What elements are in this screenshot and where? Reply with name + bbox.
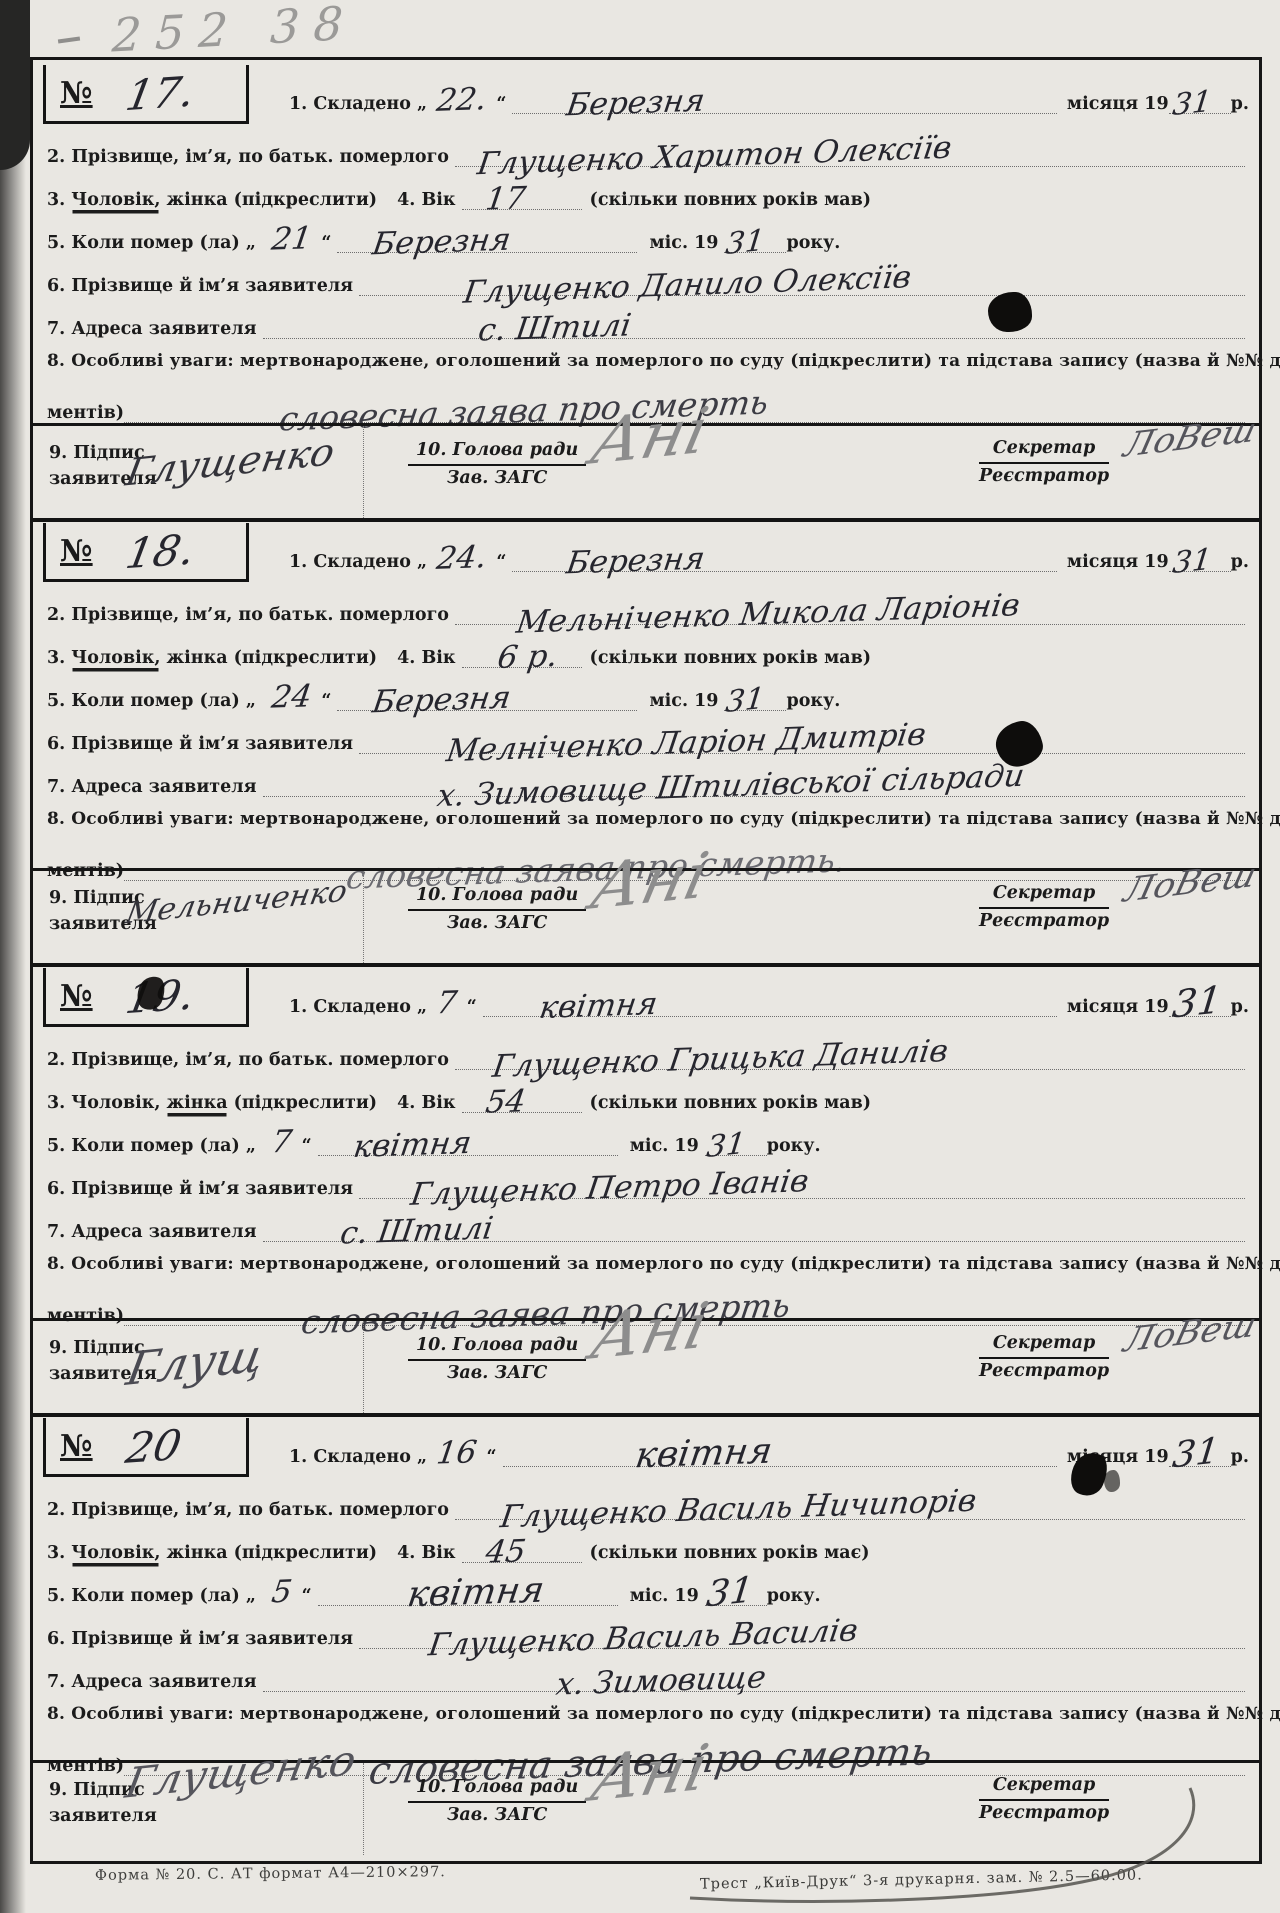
sex-label-number: 3. xyxy=(47,648,65,668)
secretary-signature-cell: СекретарРеєстратор ЛоВеш xyxy=(949,1321,1259,1413)
pencil-archive-note: 252 38 xyxy=(111,0,358,63)
sex-age-row: 3. Чоловік, жінка (підкреслити) 4. Вік 1… xyxy=(47,176,1245,210)
address-handwritten: с. Штилі xyxy=(338,1210,495,1251)
death-year-suffix: року. xyxy=(786,233,840,253)
remarks-label: 8. Особливі уваги: мертвонароджене, огол… xyxy=(47,1704,1280,1724)
head-label-bottom: Зав. ЗАГС xyxy=(408,911,586,935)
secretary-signature-cell: СекретарРеєстратор ЛоВеш xyxy=(949,871,1259,963)
month-year-label: місяця 19 xyxy=(1067,552,1169,572)
composed-day-handwritten: 22. xyxy=(434,81,489,119)
signature-label-line2: заявителя xyxy=(49,1806,157,1826)
year-suffix-label: р. xyxy=(1231,94,1249,114)
remarks-row-line1: 8. Особливі уваги: мертвонароджене, огол… xyxy=(47,1254,1245,1282)
composed-year-handwritten: 31 xyxy=(1170,978,1224,1027)
remarks-row-line1: 8. Особливі уваги: мертвонароджене, огол… xyxy=(47,1704,1245,1732)
signatures-row: 9. Підписзаявителя Глущенко 10. Голова р… xyxy=(33,423,1259,518)
sex-label-number: 3. xyxy=(47,1543,65,1563)
quote-mark: “ xyxy=(467,997,477,1017)
record-number-handwritten: 18. xyxy=(122,524,199,578)
age-label: 4. Вік xyxy=(397,1543,455,1563)
year-suffix-label: р. xyxy=(1231,552,1249,572)
deceased-label: 2. Прізвище, ім’я, по батьк. померлого xyxy=(47,1050,449,1070)
record-number-handwritten: 20 xyxy=(122,1420,185,1473)
underline-hint-label: (підкреслити) xyxy=(234,190,378,210)
record-block-18: № 18. 1. Складено „ 24. “ Березня місяця… xyxy=(33,518,1259,967)
claimant-signature: Мельниченко xyxy=(123,874,350,931)
death-month-handwritten: Березня xyxy=(371,680,514,721)
composed-label: 1. Складено „ xyxy=(289,997,427,1017)
head-signature: Ані xyxy=(584,394,714,479)
age-handwritten: 54 xyxy=(483,1083,528,1120)
scan-edge-shadow xyxy=(0,0,26,1913)
record-number-box: № 18. xyxy=(43,523,249,582)
death-date-row: 5. Коли помер (ла) „ 21 “ Березня міс. 1… xyxy=(47,219,1245,253)
record-header-row: № 19. 1. Складено „ 7 “ квітня місяця 19… xyxy=(33,963,1259,1027)
claimant-label: 6. Прізвище й ім’я заявителя xyxy=(47,276,353,296)
secretary-label-bottom: Реєстратор xyxy=(979,909,1109,933)
record-number-box: № 17. xyxy=(43,65,249,124)
remarks-label-cont: ментів) xyxy=(47,403,124,423)
composed-month-handwritten: Березня xyxy=(564,83,707,124)
year-suffix-label: р. xyxy=(1231,1447,1249,1467)
deceased-name-row: 2. Прізвище, ім’я, по батьк. померлого М… xyxy=(47,591,1245,625)
claimant-signature-cell: 9. Підписзаявителя Глущенко xyxy=(33,1763,364,1855)
no-label: № xyxy=(60,979,93,1014)
head-label-bottom: Зав. ЗАГС xyxy=(408,1361,586,1385)
composed-day-handwritten: 24. xyxy=(434,539,489,577)
remarks-row-line1: 8. Особливі уваги: мертвонароджене, огол… xyxy=(47,809,1245,837)
ink-blot xyxy=(1104,1470,1120,1492)
claimant-address-row: 7. Адреса заявителя х. Зимовище Штилівсь… xyxy=(47,763,1245,797)
month-year-label: місяця 19 xyxy=(1067,94,1169,114)
death-date-row: 5. Коли помер (ла) „ 7 “ квітня міс. 19 … xyxy=(47,1122,1245,1156)
address-label: 7. Адреса заявителя xyxy=(47,319,257,339)
no-label: № xyxy=(60,534,93,569)
death-date-label: 5. Коли помер (ла) „ xyxy=(47,233,256,253)
female-option-label: жінка xyxy=(166,1093,227,1113)
underline-hint-label: (підкреслити) xyxy=(234,1543,378,1563)
deceased-name-handwritten: Глущенко Грицька Данилів xyxy=(491,1033,951,1085)
death-month-handwritten: Березня xyxy=(371,222,514,263)
head-label-top: 10. Голова ради xyxy=(408,883,586,911)
death-date-label: 5. Коли помер (ла) „ xyxy=(47,1586,256,1606)
register-form-frame: № 17. 1. Складено „ 22. “ Березня місяця… xyxy=(30,57,1262,1864)
composed-day-handwritten: 7 xyxy=(434,985,459,1022)
composed-year-handwritten: 31 xyxy=(1170,84,1213,123)
sex-age-row: 3. Чоловік, жінка (підкреслити) 4. Вік 5… xyxy=(47,1079,1245,1113)
death-month-handwritten: квітня xyxy=(404,1570,546,1616)
death-day-handwritten: 21 xyxy=(269,220,314,257)
pencil-stroke xyxy=(630,1782,1230,1913)
death-day-handwritten: 7 xyxy=(269,1124,294,1161)
death-year-label: міс. 19 xyxy=(649,233,718,253)
underline-hint-label: (підкреслити) xyxy=(234,1093,378,1113)
death-date-row: 5. Коли помер (ла) „ 24 “ Березня міс. 1… xyxy=(47,677,1245,711)
claimant-name-handwritten: Глущенко Петро Іванів xyxy=(409,1163,812,1213)
sex-label-number: 3. xyxy=(47,190,65,210)
deceased-name-handwritten: Мельніченко Микола Ларіонів xyxy=(514,587,1022,640)
composed-label: 1. Складено „ xyxy=(289,552,427,572)
secretary-label-bottom: Реєстратор xyxy=(979,1359,1109,1383)
death-year-handwritten: 31 xyxy=(704,1570,755,1616)
death-year-label: міс. 19 xyxy=(630,1136,699,1156)
address-handwritten: с. Штилі xyxy=(476,307,633,348)
composed-day-handwritten: 16 xyxy=(434,1434,479,1471)
scanned-death-register-page: { "page": { "pencil_note": "252 38", "fo… xyxy=(0,0,1280,1913)
signatures-row: 9. Підписзаявителя Глущ 10. Голова радиЗ… xyxy=(33,1318,1259,1413)
claimant-name-row: 6. Прізвище й ім’я заявителя Глущенко Пе… xyxy=(47,1165,1245,1199)
death-month-handwritten: квітня xyxy=(351,1125,474,1165)
record-number-box: № 20 xyxy=(43,1418,249,1477)
claimant-address-row: 7. Адреса заявителя с. Штилі xyxy=(47,305,1245,339)
age-handwritten: 45 xyxy=(483,1533,528,1570)
remarks-row-line1: 8. Особливі уваги: мертвонароджене, огол… xyxy=(47,351,1245,379)
pencil-dash-mark xyxy=(58,36,80,43)
quote-mark: “ xyxy=(321,233,331,253)
claimant-name-handwritten: Мелніченко Ларіон Дмитрів xyxy=(444,717,928,770)
address-label: 7. Адреса заявителя xyxy=(47,1672,257,1692)
claimant-label: 6. Прізвище й ім’я заявителя xyxy=(47,1179,353,1199)
remarks-label: 8. Особливі уваги: мертвонароджене, огол… xyxy=(47,809,1280,829)
death-year-suffix: року. xyxy=(767,1586,821,1606)
claimant-signature-cell: 9. Підписзаявителя Мельниченко xyxy=(33,871,364,963)
age-label: 4. Вік xyxy=(397,648,455,668)
quote-mark: “ xyxy=(302,1136,312,1156)
head-label-bottom: Зав. ЗАГС xyxy=(408,1803,586,1827)
secretary-signature-cell: СекретарРеєстратор ЛоВеш xyxy=(949,426,1259,518)
no-label: № xyxy=(60,1429,93,1464)
deceased-name-row: 2. Прізвище, ім’я, по батьк. померлого Г… xyxy=(47,1486,1245,1520)
head-label-top: 10. Голова ради xyxy=(408,1775,586,1803)
head-signature-cell: 10. Голова радиЗав. ЗАГС Ані xyxy=(364,426,949,518)
composed-year-handwritten: 31 xyxy=(1170,1431,1221,1477)
age-suffix-label: (скільки повних років мав) xyxy=(590,648,872,668)
scan-corner-artifact xyxy=(0,0,30,170)
sex-age-row: 3. Чоловік, жінка (підкреслити) 4. Вік 6… xyxy=(47,634,1245,668)
month-year-label: місяця 19 xyxy=(1067,997,1169,1017)
secretary-label-bottom: Реєстратор xyxy=(979,464,1109,488)
deceased-name-row: 2. Прізвище, ім’я, по батьк. померлого Г… xyxy=(47,1036,1245,1070)
claimant-name-row: 6. Прізвище й ім’я заявителя Мелніченко … xyxy=(47,720,1245,754)
death-year-suffix: року. xyxy=(767,1136,821,1156)
death-date-label: 5. Коли помер (ла) „ xyxy=(47,691,256,711)
composed-month-handwritten: квітня xyxy=(632,1431,774,1477)
composed-label: 1. Складено „ xyxy=(289,94,427,114)
signatures-row: 9. Підписзаявителя Мельниченко 10. Голов… xyxy=(33,868,1259,963)
death-year-label: міс. 19 xyxy=(630,1586,699,1606)
head-signature: Ані xyxy=(584,1289,714,1374)
age-handwritten: 17 xyxy=(483,180,528,217)
ink-blot xyxy=(988,292,1032,332)
claimant-signature-cell: 9. Підписзаявителя Глущенко xyxy=(33,426,364,518)
claimant-address-row: 7. Адреса заявителя с. Штилі xyxy=(47,1208,1245,1242)
secretary-label-top: Секретар xyxy=(979,436,1109,464)
head-signature: Ані xyxy=(584,839,714,924)
male-option-label: Чоловік, xyxy=(71,1093,160,1113)
age-suffix-label: (скільки повних років мав) xyxy=(590,190,872,210)
claimant-name-row: 6. Прізвище й ім’я заявителя Глущенко Ва… xyxy=(47,1615,1245,1649)
quote-mark: “ xyxy=(496,94,506,114)
composed-date-line: 1. Складено „ 7 “ квітня місяця 19 31 р. xyxy=(249,985,1259,1027)
death-date-label: 5. Коли помер (ла) „ xyxy=(47,1136,256,1156)
head-signature-cell: 10. Голова радиЗав. ЗАГС Ані xyxy=(364,1321,949,1413)
death-year-handwritten: 31 xyxy=(724,223,767,262)
age-handwritten: 6 р. xyxy=(495,638,560,676)
sex-age-row: 3. Чоловік, жінка (підкреслити) 4. Вік 4… xyxy=(47,1529,1245,1563)
death-year-suffix: року. xyxy=(786,691,840,711)
form-imprint-left: Форма № 20. С. АТ формат А4—210×297. xyxy=(95,1864,446,1884)
composed-label: 1. Складено „ xyxy=(289,1447,427,1467)
age-suffix-label: (скільки повних років має) xyxy=(590,1543,870,1563)
age-label: 4. Вік xyxy=(397,190,455,210)
age-label: 4. Вік xyxy=(397,1093,455,1113)
death-day-handwritten: 24 xyxy=(269,678,314,715)
record-number-handwritten: 17. xyxy=(122,66,199,120)
remarks-label: 8. Особливі уваги: мертвонароджене, огол… xyxy=(47,1254,1280,1274)
age-suffix-label: (скільки повних років мав) xyxy=(590,1093,872,1113)
remarks-label: 8. Особливі уваги: мертвонароджене, огол… xyxy=(47,351,1280,371)
claimant-signature-cell: 9. Підписзаявителя Глущ xyxy=(33,1321,364,1413)
quote-mark: “ xyxy=(302,1586,312,1606)
deceased-label: 2. Прізвище, ім’я, по батьк. померлого xyxy=(47,147,449,167)
quote-mark: “ xyxy=(496,552,506,572)
record-block-17: № 17. 1. Складено „ 22. “ Березня місяця… xyxy=(33,60,1259,522)
deceased-name-row: 2. Прізвище, ім’я, по батьк. померлого Г… xyxy=(47,133,1245,167)
death-year-handwritten: 31 xyxy=(724,681,767,720)
death-year-label: міс. 19 xyxy=(649,691,718,711)
claimant-name-row: 6. Прізвище й ім’я заявителя Глущенко Да… xyxy=(47,262,1245,296)
no-label: № xyxy=(60,76,93,111)
composed-month-handwritten: квітня xyxy=(537,986,660,1026)
head-label-top: 10. Голова ради xyxy=(408,438,586,466)
head-signature-cell: 10. Голова радиЗав. ЗАГС Ані xyxy=(364,871,949,963)
address-label: 7. Адреса заявителя xyxy=(47,777,257,797)
head-label-bottom: Зав. ЗАГС xyxy=(408,466,586,490)
year-suffix-label: р. xyxy=(1231,997,1249,1017)
claimant-label: 6. Прізвище й ім’я заявителя xyxy=(47,734,353,754)
female-option-label: жінка xyxy=(166,190,227,210)
record-header-row: № 17. 1. Складено „ 22. “ Березня місяця… xyxy=(33,60,1259,124)
composed-month-handwritten: Березня xyxy=(564,541,707,582)
record-header-row: № 18. 1. Складено „ 24. “ Березня місяця… xyxy=(33,518,1259,582)
quote-mark: “ xyxy=(321,691,331,711)
death-year-handwritten: 31 xyxy=(705,1126,748,1165)
male-option-label: Чоловік, xyxy=(71,1543,160,1563)
male-option-label: Чоловік, xyxy=(71,648,160,668)
male-option-label: Чоловік, xyxy=(71,190,160,210)
composed-year-handwritten: 31 xyxy=(1170,542,1213,581)
underline-hint-label: (підкреслити) xyxy=(234,648,378,668)
secretary-label-top: Секретар xyxy=(979,881,1109,909)
deceased-name-handwritten: Глущенко Василь Ничипорів xyxy=(499,1483,980,1535)
female-option-label: жінка xyxy=(166,1543,227,1563)
female-option-label: жінка xyxy=(166,648,227,668)
head-label-top: 10. Голова ради xyxy=(408,1333,586,1361)
claimant-label: 6. Прізвище й ім’я заявителя xyxy=(47,1629,353,1649)
death-day-handwritten: 5 xyxy=(269,1574,294,1611)
claimant-name-handwritten: Глущенко Данило Олексіїв xyxy=(462,259,914,310)
secretary-label-top: Секретар xyxy=(979,1331,1109,1359)
record-block-19: № 19. 1. Складено „ 7 “ квітня місяця 19… xyxy=(33,963,1259,1417)
claimant-name-handwritten: Глущенко Василь Василів xyxy=(426,1613,860,1664)
quote-mark: “ xyxy=(487,1447,497,1467)
address-handwritten: х. Зимовище xyxy=(554,1659,768,1702)
death-date-row: 5. Коли помер (ла) „ 5 “ квітня міс. 19 … xyxy=(47,1572,1245,1606)
deceased-label: 2. Прізвище, ім’я, по батьк. померлого xyxy=(47,1500,449,1520)
composed-date-line: 1. Складено „ 22. “ Березня місяця 19 31… xyxy=(249,82,1259,124)
composed-date-line: 1. Складено „ 24. “ Березня місяця 19 31… xyxy=(249,540,1259,582)
deceased-label: 2. Прізвище, ім’я, по батьк. померлого xyxy=(47,605,449,625)
claimant-address-row: 7. Адреса заявителя х. Зимовище xyxy=(47,1658,1245,1692)
sex-label-number: 3. xyxy=(47,1093,65,1113)
address-label: 7. Адреса заявителя xyxy=(47,1222,257,1242)
deceased-name-handwritten: Глущенко Харитон Олексіїв xyxy=(475,130,954,182)
record-number-box: № 19. xyxy=(43,968,249,1027)
